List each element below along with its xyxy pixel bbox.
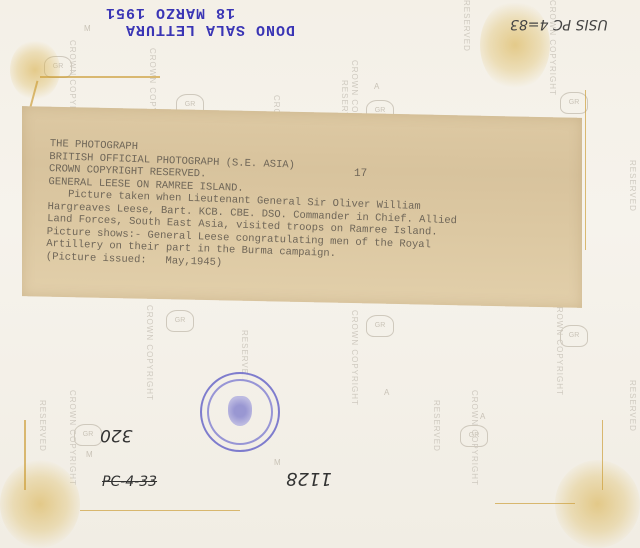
handwritten-usis-code: USIS PC 4=83 [510, 16, 608, 32]
crown-watermark-icon: GR [460, 425, 488, 447]
watermark-text: RESERVED [628, 160, 637, 212]
crown-watermark-icon: GR [366, 315, 394, 337]
seal-emblem-icon [228, 396, 252, 426]
glue-stain [555, 460, 640, 548]
library-donation-stamp: DONO SALA LETTURA 18 MARZO 1951 [105, 4, 295, 38]
crown-watermark-icon: GR [74, 424, 102, 446]
library-seal-stamp [200, 372, 280, 452]
glue-line [602, 420, 603, 490]
glue-line [24, 420, 26, 490]
glue-line [80, 510, 240, 511]
stamp-line-2: 18 MARZO 1951 [105, 4, 295, 21]
watermark-text: RESERVED [628, 380, 637, 432]
typed-caption: THE PHOTOGRAPH BRITISH OFFICIAL PHOTOGRA… [46, 138, 570, 281]
watermark-text: RESERVED [38, 400, 47, 452]
watermark-letter: A [374, 82, 379, 91]
handwritten-number: 320 [100, 425, 132, 445]
handwritten-inventory-number: 1128 [286, 468, 332, 489]
stamp-line-1: DONO SALA LETTURA [105, 21, 295, 38]
crown-watermark-icon: GR [166, 310, 194, 332]
glue-stain [480, 0, 550, 90]
glue-line [585, 90, 586, 250]
watermark-text: RESERVED [462, 0, 471, 52]
watermark-letter: A [384, 388, 389, 397]
watermark-text: RESERVED [432, 400, 441, 452]
watermark-text: CROWN COPYRIGHT [145, 305, 154, 401]
watermark-letter: M [86, 450, 93, 459]
photo-back-paper: CROWN COPYRIGHT CROWN COPYRIGHT CROWN CO… [0, 0, 640, 548]
crown-watermark-icon: GR [560, 92, 588, 114]
handwritten-struck-code: PC-4-33 [102, 474, 157, 490]
glue-line [495, 503, 575, 504]
watermark-letter: A [480, 412, 485, 421]
glue-line [40, 76, 160, 78]
glue-stain [0, 460, 80, 548]
crown-watermark-icon: GR [560, 325, 588, 347]
watermark-text: CROWN COPYRIGHT [555, 300, 564, 396]
watermark-letter: M [274, 458, 281, 467]
watermark-text: CROWN COPYRIGHT [350, 310, 359, 406]
watermark-letter: M [84, 24, 91, 33]
